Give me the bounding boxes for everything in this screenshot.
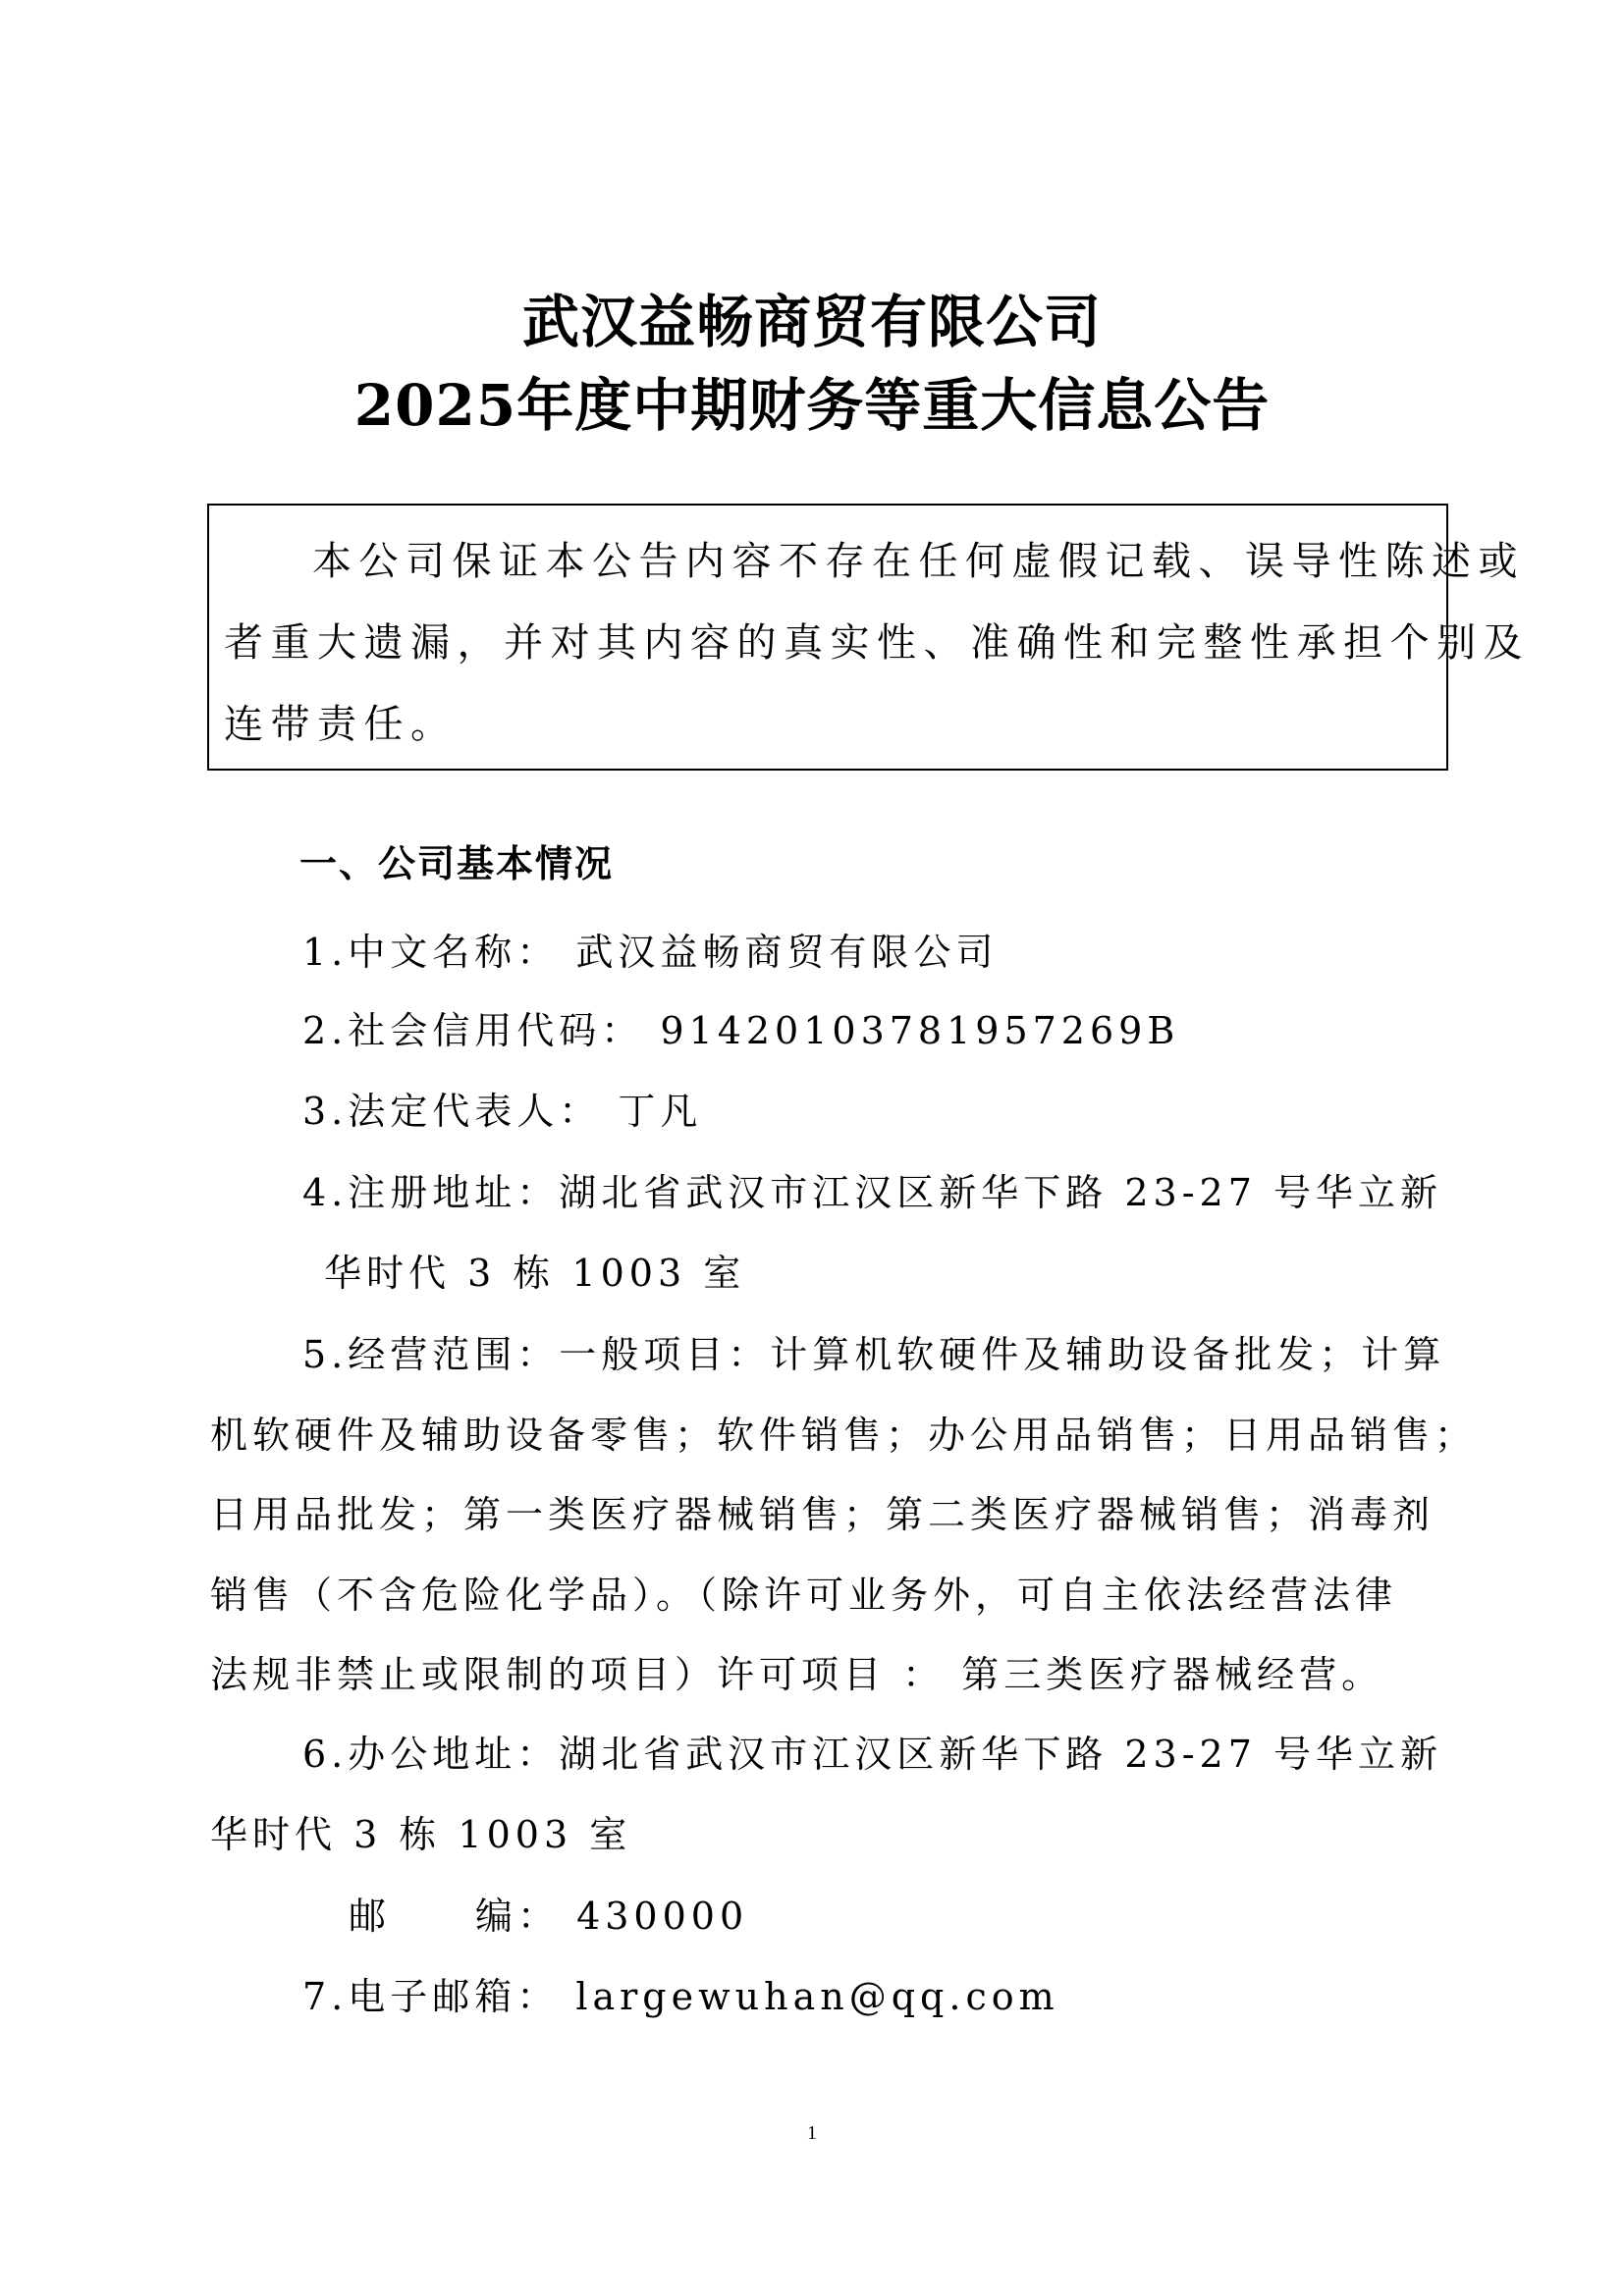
item-postcode: 邮 编： 430000	[349, 1892, 748, 1941]
item-company-name: 1.中文名称： 武汉益畅商贸有限公司	[302, 928, 998, 977]
page-number: 1	[802, 2122, 822, 2145]
item-office-address: 6.办公地址：湖北省武汉市江汉区新华下路 23-27 号华立新	[302, 1730, 1442, 1779]
item-business-scope: 5.经营范围：一般项目：计算机软硬件及辅助设备批发；计算	[302, 1330, 1445, 1379]
disclaimer-line-1: 本公司保证本公告内容不存在任何虚假记载、误导性陈述或	[312, 537, 1525, 586]
item-legal-representative: 3.法定代表人： 丁凡	[302, 1087, 702, 1136]
item-office-address-cont: 华时代 3 栋 1003 室	[210, 1810, 631, 1859]
disclaimer-line-2: 者重大遗漏，并对其内容的真实性、准确性和完整性承担个别及	[224, 618, 1530, 667]
item-business-scope-cont-3: 销售（不含危险化学品）。（除许可业务外，可自主依法经营法律	[210, 1571, 1397, 1620]
company-title: 武汉益畅商贸有限公司	[0, 288, 1624, 356]
item-registered-address: 4.注册地址：湖北省武汉市江汉区新华下路 23-27 号华立新	[302, 1168, 1442, 1217]
item-registered-address-cont: 华时代 3 栋 1003 室	[324, 1249, 745, 1298]
item-email: 7.电子邮箱： largewuhan@qq.com	[302, 1972, 1059, 2021]
announcement-title: 2025年度中期财务等重大信息公告	[0, 371, 1624, 440]
disclaimer-line-3: 连带责任。	[224, 700, 458, 749]
section-heading-company-info: 一、公司基本情况	[299, 839, 614, 888]
item-business-scope-cont-4: 法规非禁止或限制的项目）许可项目 ： 第三类医疗器械经营。	[210, 1650, 1383, 1699]
item-business-scope-cont-1: 机软硬件及辅助设备零售；软件销售；办公用品销售；日用品销售；	[210, 1411, 1477, 1460]
item-business-scope-cont-2: 日用品批发；第一类医疗器械销售；第二类医疗器械销售；消毒剂	[210, 1490, 1435, 1539]
item-credit-code: 2.社会信用代码： 91420103781957269B	[302, 1006, 1179, 1055]
